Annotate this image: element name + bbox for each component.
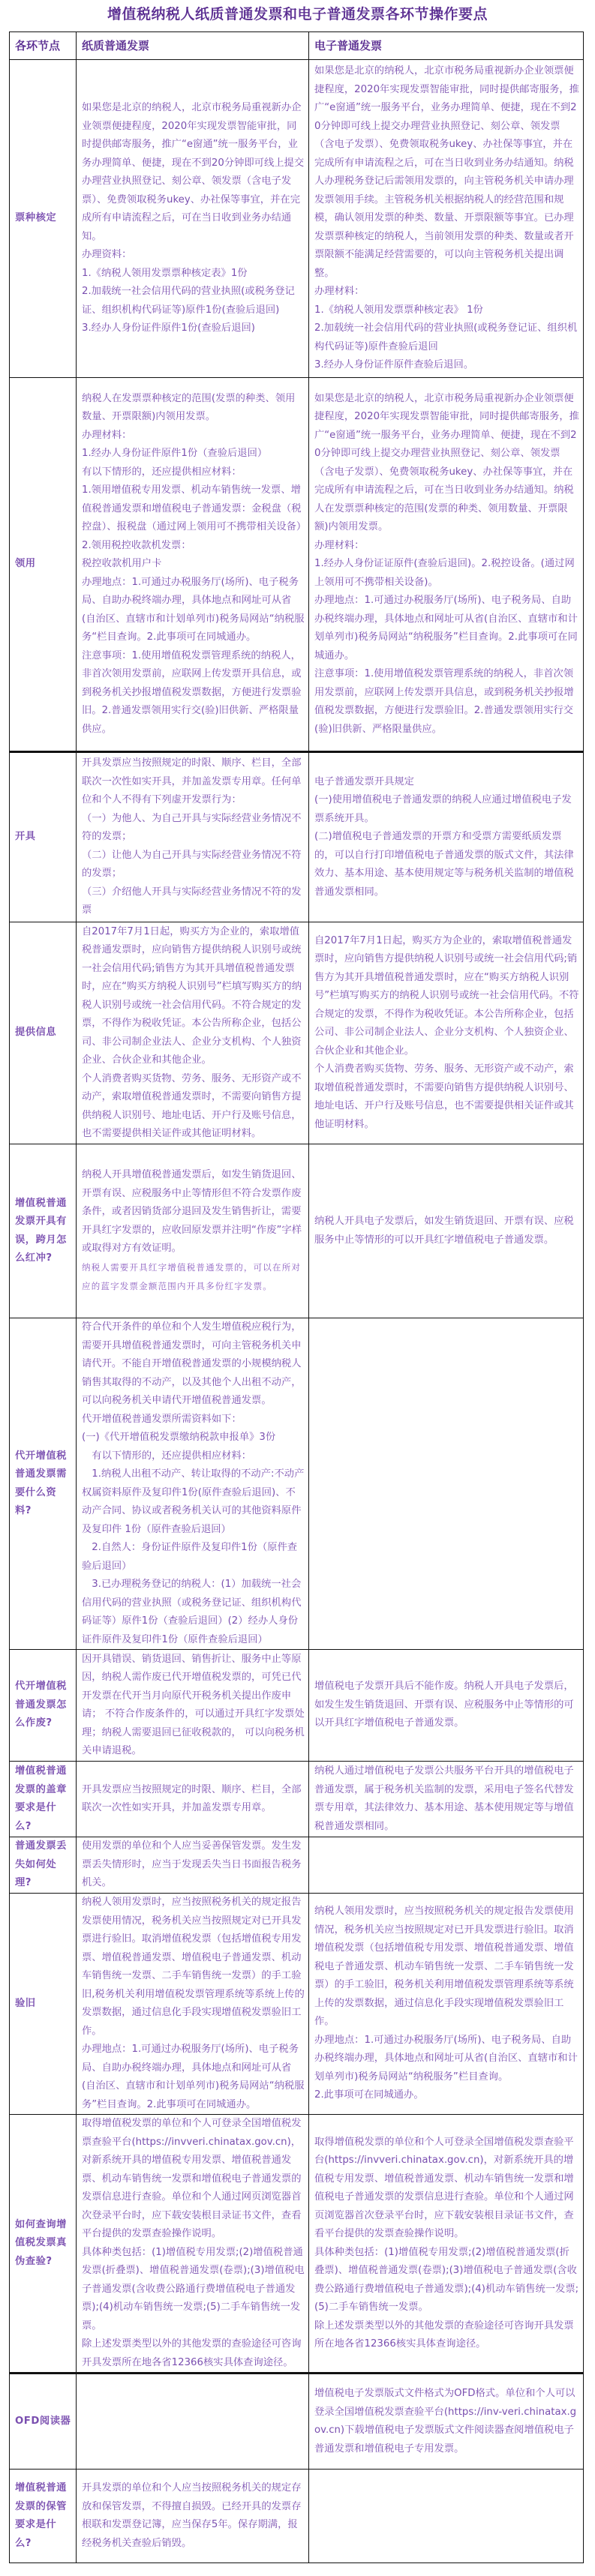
cell-note: 纳税人需要开具红字增值税普通发票的，可以在所对应的蓝字发票金额范围内开具多份红字… xyxy=(82,1258,305,1296)
stage-label: 提供信息 xyxy=(10,922,77,1144)
cell-paragraph: 如果您是北京的纳税人，北京市税务局重视新办企业领票便捷程度，2020年实现发票智… xyxy=(82,99,305,246)
paper-invoice-cell: 自2017年7月1日起，购买方为企业的，索取增值税普通发票时，应向销售方提供纳税… xyxy=(77,922,309,1144)
cell-paragraph: 除上述发票类型以外的其他发票的查验途径可咨询开具发票所在地各省12366核实具体… xyxy=(314,2317,579,2354)
cell-paragraph: 纳税人通过增值税电子发票公共服务平台开具的增值税电子普通发票，属于税务机关监制的… xyxy=(314,1762,579,1836)
table-row: 提供信息自2017年7月1日起，购买方为企业的，索取增值税普通发票时，应向销售方… xyxy=(10,922,584,1144)
paper-invoice-cell: 纳税人领用发票时，应当按照税务机关的规定报告发票使用情况，税务机关应当按照规定对… xyxy=(77,1894,309,2115)
stage-label: 增值税普通发票的盖章要求是什么? xyxy=(10,1762,77,1837)
table-row: 如何查询增值税发票真伪查验?取得增值税发票的单位和个人可登录全国增值税发票查验平… xyxy=(10,2115,584,2374)
cell-paragraph: 办理材料： xyxy=(314,283,579,301)
cell-paragraph: 开具发票应当按照规定的时限、顺序、栏目，全部联次一次性如实开具，并加盖发票专用章… xyxy=(82,1781,305,1818)
cell-paragraph: 增值税电子发票版式文件格式为OFD格式。单位和个人可以登录全国增值税发票查验平台… xyxy=(314,2385,579,2458)
cell-paragraph: 纳税人领用发票时，应当按照税务机关的规定报告发票使用情况，税务机关应当按照规定对… xyxy=(314,1903,579,2032)
invoice-operations-table: 各环节点 纸质普通发票 电子普通发票 票种核定如果您是北京的纳税人，北京市税务局… xyxy=(9,31,584,2563)
header-stage: 各环节点 xyxy=(10,32,77,60)
paper-invoice-cell: 纳税人在发票票种核定的范围(发票的种类、领用数量、开票限额)内领用发票。办理材料… xyxy=(77,378,309,752)
table-row: 票种核定如果您是北京的纳税人，北京市税务局重视新办企业领票便捷程度，2020年实… xyxy=(10,60,584,378)
cell-paragraph: 2.加载统一社会信用代码的营业执照(或税务登记证、组织机构代码证等)原件查验后退… xyxy=(314,319,579,356)
cell-paragraph: 注意事项：1.使用增值税发票管理系统的纳税人，非首次领用发票前，应联网上传发票开… xyxy=(314,665,579,739)
cell-paragraph: 取得增值税发票的单位和个人可登录全国增值税发票查验平台(https://invv… xyxy=(82,2115,305,2244)
electronic-invoice-cell: 如果您是北京的纳税人，北京市税务局重视新办企业领票便捷程度，2020年实现发票智… xyxy=(309,378,584,752)
header-paper-invoice: 纸质普通发票 xyxy=(77,32,309,60)
cell-paragraph: 1.领用增值税专用发票、机动车销售统一发票、增值税普通发票和增值税电子普通发票：… xyxy=(82,481,305,537)
cell-paragraph: 2.自然人：身份证件原件及复印件1份（原件查验后退回） xyxy=(82,1539,305,1576)
stage-label: 代开增值税普通发票怎么作废? xyxy=(10,1650,77,1762)
stage-label: 如何查询增值税发票真伪查验? xyxy=(10,2115,77,2374)
cell-paragraph: 纳税人开具增值税普通发票后，如发生销货退回、开票有误、应税服务中止等情形但不符合… xyxy=(82,1166,305,1258)
electronic-invoice-cell: 增值税电子发票开具后不能作废。纳税人开具电子发票后，如发生发生销货退回、开票有误… xyxy=(309,1650,584,1762)
stage-label: 代开增值税普通发票需要什么资料? xyxy=(10,1318,77,1650)
cell-paragraph: 注意事项：1.使用增值税发票管理系统的纳税人，非首次领用发票前，应联网上传发票开… xyxy=(82,647,305,739)
cell-paragraph: 办理资料： xyxy=(82,246,305,265)
electronic-invoice-cell: 如果您是北京的纳税人，北京市税务局重视新办企业领票便捷程度，2020年实现发票智… xyxy=(309,60,584,378)
stage-label: 验旧 xyxy=(10,1894,77,2115)
cell-paragraph: （二）让他人为自己开具与实际经营业务情况不符的发票； xyxy=(82,847,305,883)
header-electronic-invoice: 电子普通发票 xyxy=(309,32,584,60)
paper-invoice-cell: 开具发票应当按照规定的时限、顺序、栏目，全部联次一次性如实开具，并加盖发票专用章… xyxy=(77,1762,309,1837)
cell-paragraph: 增值税电子发票开具后不能作废。纳税人开具电子发票后，如发生发生销货退回、开票有误… xyxy=(314,1678,579,1733)
cell-paragraph: 2.此事项可在同城通办。 xyxy=(314,2086,579,2105)
cell-paragraph: 电子普通发票开具规定 xyxy=(314,773,579,792)
cell-paragraph: 办理材料： xyxy=(82,427,305,445)
table-row: 增值税普通发票的保管要求是什么?开具发票的单位和个人应当按照税务机关的规定存放和… xyxy=(10,2470,584,2563)
electronic-invoice-cell xyxy=(309,1318,584,1650)
table-row: 代开增值税普通发票怎么作废?因开具错误、销货退回、销售折让、服务中止等原因，纳税… xyxy=(10,1650,584,1762)
stage-label: 票种核定 xyxy=(10,60,77,378)
electronic-invoice-cell xyxy=(309,2470,584,2563)
cell-paragraph: 具体种类包括：(1)增值税专用发票;(2)增值税普通发票(折叠票)、增值税普通发… xyxy=(314,2244,579,2317)
electronic-invoice-cell: 增值税电子发票版式文件格式为OFD格式。单位和个人可以登录全国增值税发票查验平台… xyxy=(309,2374,584,2470)
table-row: OFD阅读器增值税电子发票版式文件格式为OFD格式。单位和个人可以登录全国增值税… xyxy=(10,2374,584,2470)
cell-paragraph: 个人消费者购买货物、劳务、服务、无形资产或不动产，索取增值税普通发票时，不需要向… xyxy=(314,1060,579,1134)
cell-paragraph: 如果您是北京的纳税人，北京市税务局重视新办企业领票便捷程度，2020年实现发票智… xyxy=(314,390,579,537)
cell-paragraph: 3.已办理税务登记的纳税人：(1）加载统一社会信用代码的营业执照（或税务登记证、… xyxy=(82,1576,305,1649)
cell-paragraph: 开具发票的单位和个人应当按照税务机关的规定存放和保管发票，不得擅自损毁。已经开具… xyxy=(82,2479,305,2553)
table-row: 验旧纳税人领用发票时，应当按照税务机关的规定报告发票使用情况，税务机关应当按照规… xyxy=(10,1894,584,2115)
table-row: 开具开具发票应当按照规定的时限、顺序、栏目，全部联次一次性如实开具，并加盖发票专… xyxy=(10,752,584,922)
cell-paragraph: 取得增值税发票的单位和个人可登录全国增值税发票查验平台(https://invv… xyxy=(314,2134,579,2244)
stage-label: 开具 xyxy=(10,752,77,922)
cell-paragraph: 纳税人领用发票时，应当按照税务机关的规定报告发票使用情况，税务机关应当按照规定对… xyxy=(82,1894,305,2041)
stage-label: 普通发票丢失如何处理? xyxy=(10,1837,77,1894)
table-row: 增值税普通发票开具有误，跨月怎么红冲?纳税人开具增值税普通发票后，如发生销货退回… xyxy=(10,1144,584,1318)
paper-invoice-cell xyxy=(77,2374,309,2470)
cell-paragraph: 有以下情形的，还应提供相应材料： xyxy=(82,463,305,482)
cell-paragraph: 个人消费者购买货物、劳务、服务、无形资产或不动产，索取增值税普通发票时，不需要向… xyxy=(82,1070,305,1144)
cell-paragraph: 1.《纳税人领用发票票种核定表》 1份 xyxy=(314,301,579,320)
cell-paragraph: 自2017年7月1日起，购买方为企业的，索取增值税普通发票时，应向销售方提供纳税… xyxy=(82,923,305,1070)
table-row: 普通发票丢失如何处理?使用发票的单位和个人应当妥善保管发票。发生发票丢失情形时，… xyxy=(10,1837,584,1894)
cell-paragraph: （三）介绍他人开具与实际经营业务情况不符的发票 xyxy=(82,883,305,920)
electronic-invoice-cell: 电子普通发票开具规定(一)使用增值税电子普通发票的纳税人应通过增值税电子发票系统… xyxy=(309,752,584,922)
cell-paragraph: 具体种类包括：(1)增值税专用发票;(2)增值税普通发票(折叠票)、增值税普通发… xyxy=(82,2244,305,2336)
cell-paragraph: 2.领用税控收款机发票： xyxy=(82,537,305,556)
table-header-row: 各环节点 纸质普通发票 电子普通发票 xyxy=(10,32,584,60)
table-row: 领用纳税人在发票票种核定的范围(发票的种类、领用数量、开票限额)内领用发票。办理… xyxy=(10,378,584,752)
cell-paragraph: 纳税人在发票票种核定的范围(发票的种类、领用数量、开票限额)内领用发票。 xyxy=(82,390,305,427)
paper-invoice-cell: 使用发票的单位和个人应当妥善保管发票。发生发票丢失情形时，应当于发现丢失当日书面… xyxy=(77,1837,309,1894)
paper-invoice-cell: 符合代开条件的单位和个人发生增值税应税行为，需要开具增值税普通发票时，可向主管税… xyxy=(77,1318,309,1650)
cell-paragraph: 因开具错误、销货退回、销售折让、服务中止等原因，纳税人需作废已代开增值税发票的，… xyxy=(82,1651,305,1761)
cell-paragraph: 办理地点：1.可通过办税服务厅(场所)、电子税务局、自助办税终端办理，具体地点和… xyxy=(314,2032,579,2087)
cell-paragraph: 办理地点：1.可通过办税服务厅(场所)、电子税务局、自助办税终端办理，具体地点和… xyxy=(314,592,579,665)
cell-paragraph: 1.经办人身份证证原件(查验后退回)。2.税控设备。(通过网上领用可不携带相关设… xyxy=(314,555,579,592)
electronic-invoice-cell: 自2017年7月1日起，购买方为企业的，索取增值税普通发票时，应向销售方提供纳税… xyxy=(309,922,584,1144)
electronic-invoice-cell: 纳税人领用发票时，应当按照税务机关的规定报告发票使用情况，税务机关应当按照规定对… xyxy=(309,1894,584,2115)
stage-label: 增值税普通发票的保管要求是什么? xyxy=(10,2470,77,2563)
cell-paragraph: (一)《代开增值税发票缴纳税款申报单》3份 xyxy=(82,1429,305,1447)
stage-label: 增值税普通发票开具有误，跨月怎么红冲? xyxy=(10,1144,77,1318)
cell-paragraph: 2.加载统一社会信用代码的营业执照(或税务登记证、组织机构代码证等)原件1份(查… xyxy=(82,283,305,319)
cell-paragraph: （一）为他人、为自己开具与实际经营业务情况不符的发票； xyxy=(82,810,305,847)
cell-paragraph: 符合代开条件的单位和个人发生增值税应税行为，需要开具增值税普通发票时，可向主管税… xyxy=(82,1318,305,1411)
electronic-invoice-cell: 取得增值税发票的单位和个人可登录全国增值税发票查验平台(https://invv… xyxy=(309,2115,584,2374)
paper-invoice-cell: 取得增值税发票的单位和个人可登录全国增值税发票查验平台(https://invv… xyxy=(77,2115,309,2374)
cell-paragraph: 如果您是北京的纳税人，北京市税务局重视新办企业领票便捷程度，2020年实现发票智… xyxy=(314,62,579,283)
paper-invoice-cell: 纳税人开具增值税普通发票后，如发生销货退回、开票有误、应税服务中止等情形但不符合… xyxy=(77,1144,309,1318)
stage-label: OFD阅读器 xyxy=(10,2374,77,2470)
cell-paragraph: (二)增值税电子普通发票的开票方和受票方需要纸质发票的，可以自行打印增值税电子普… xyxy=(314,828,579,901)
table-row: 增值税普通发票的盖章要求是什么?开具发票应当按照规定的时限、顺序、栏目，全部联次… xyxy=(10,1762,584,1837)
cell-paragraph: 代开增值税普通发票所需资料如下： xyxy=(82,1411,305,1429)
cell-paragraph: 除上述发票类型以外的其他发票的查验途径可咨询开具发票所在地各省12366核实具体… xyxy=(82,2335,305,2372)
cell-paragraph: 办理材料： xyxy=(314,537,579,556)
cell-paragraph: 自2017年7月1日起，购买方为企业的，索取增值税普通发票时，应向销售方提供纳税… xyxy=(314,932,579,1061)
table-row: 代开增值税普通发票需要什么资料?符合代开条件的单位和个人发生增值税应税行为，需要… xyxy=(10,1318,584,1650)
cell-paragraph: 1.《纳税人领用发票票种核定表》1份 xyxy=(82,265,305,283)
cell-paragraph: 1.纳税人出租不动产、转让取得的不动产:不动产权属资料原件及复印件1份(原件查验… xyxy=(82,1465,305,1539)
stage-label: 领用 xyxy=(10,378,77,752)
cell-paragraph: 使用发票的单位和个人应当妥善保管发票。发生发票丢失情形时，应当于发现丢失当日书面… xyxy=(82,1837,305,1893)
electronic-invoice-cell: 纳税人开具电子发票后，如发生销货退回、开票有误、应税服务中止等情形的可以开具红字… xyxy=(309,1144,584,1318)
electronic-invoice-cell xyxy=(309,1837,584,1894)
cell-paragraph: 3.经办人身份证件原件查验后退回。 xyxy=(314,356,579,375)
electronic-invoice-cell: 纳税人通过增值税电子发票公共服务平台开具的增值税电子普通发票，属于税务机关监制的… xyxy=(309,1762,584,1837)
cell-paragraph: 1.经办人身份证件原件1份（查验后退回） xyxy=(82,445,305,463)
cell-paragraph: (一)使用增值税电子普通发票的纳税人应通过增值税电子发票系统开具。 xyxy=(314,791,579,828)
table-body: 票种核定如果您是北京的纳税人，北京市税务局重视新办企业领票便捷程度，2020年实… xyxy=(10,60,584,2563)
cell-paragraph: 开具发票应当按照规定的时限、顺序、栏目，全部联次一次性如实开具，并加盖发票专用章… xyxy=(82,754,305,810)
cell-paragraph: 办理地点：1.可通过办税服务厅(场所)、电子税务局、自助办税终端办理，具体地点和… xyxy=(82,574,305,647)
paper-invoice-cell: 如果您是北京的纳税人，北京市税务局重视新办企业领票便捷程度，2020年实现发票智… xyxy=(77,60,309,378)
page-title: 增值税纳税人纸质普通发票和电子普通发票各环节操作要点 xyxy=(0,3,595,23)
cell-paragraph: 纳税人开具电子发票后，如发生销货退回、开票有误、应税服务中止等情形的可以开具红字… xyxy=(314,1213,579,1249)
cell-paragraph: 办理地点：1.可通过办税服务厅(场所)、电子税务局、自助办税终端办理，具体地点和… xyxy=(82,2041,305,2114)
cell-paragraph: 税控收款机用户卡 xyxy=(82,555,305,574)
paper-invoice-cell: 开具发票应当按照规定的时限、顺序、栏目，全部联次一次性如实开具，并加盖发票专用章… xyxy=(77,752,309,922)
cell-paragraph: 3.经办人身份证件原件1份(查验后退回) xyxy=(82,319,305,338)
cell-paragraph: 有以下情形的，还应提供相应材料： xyxy=(82,1447,305,1466)
paper-invoice-cell: 开具发票的单位和个人应当按照税务机关的规定存放和保管发票，不得擅自损毁。已经开具… xyxy=(77,2470,309,2563)
paper-invoice-cell: 因开具错误、销货退回、销售折让、服务中止等原因，纳税人需作废已代开增值税发票的，… xyxy=(77,1650,309,1762)
